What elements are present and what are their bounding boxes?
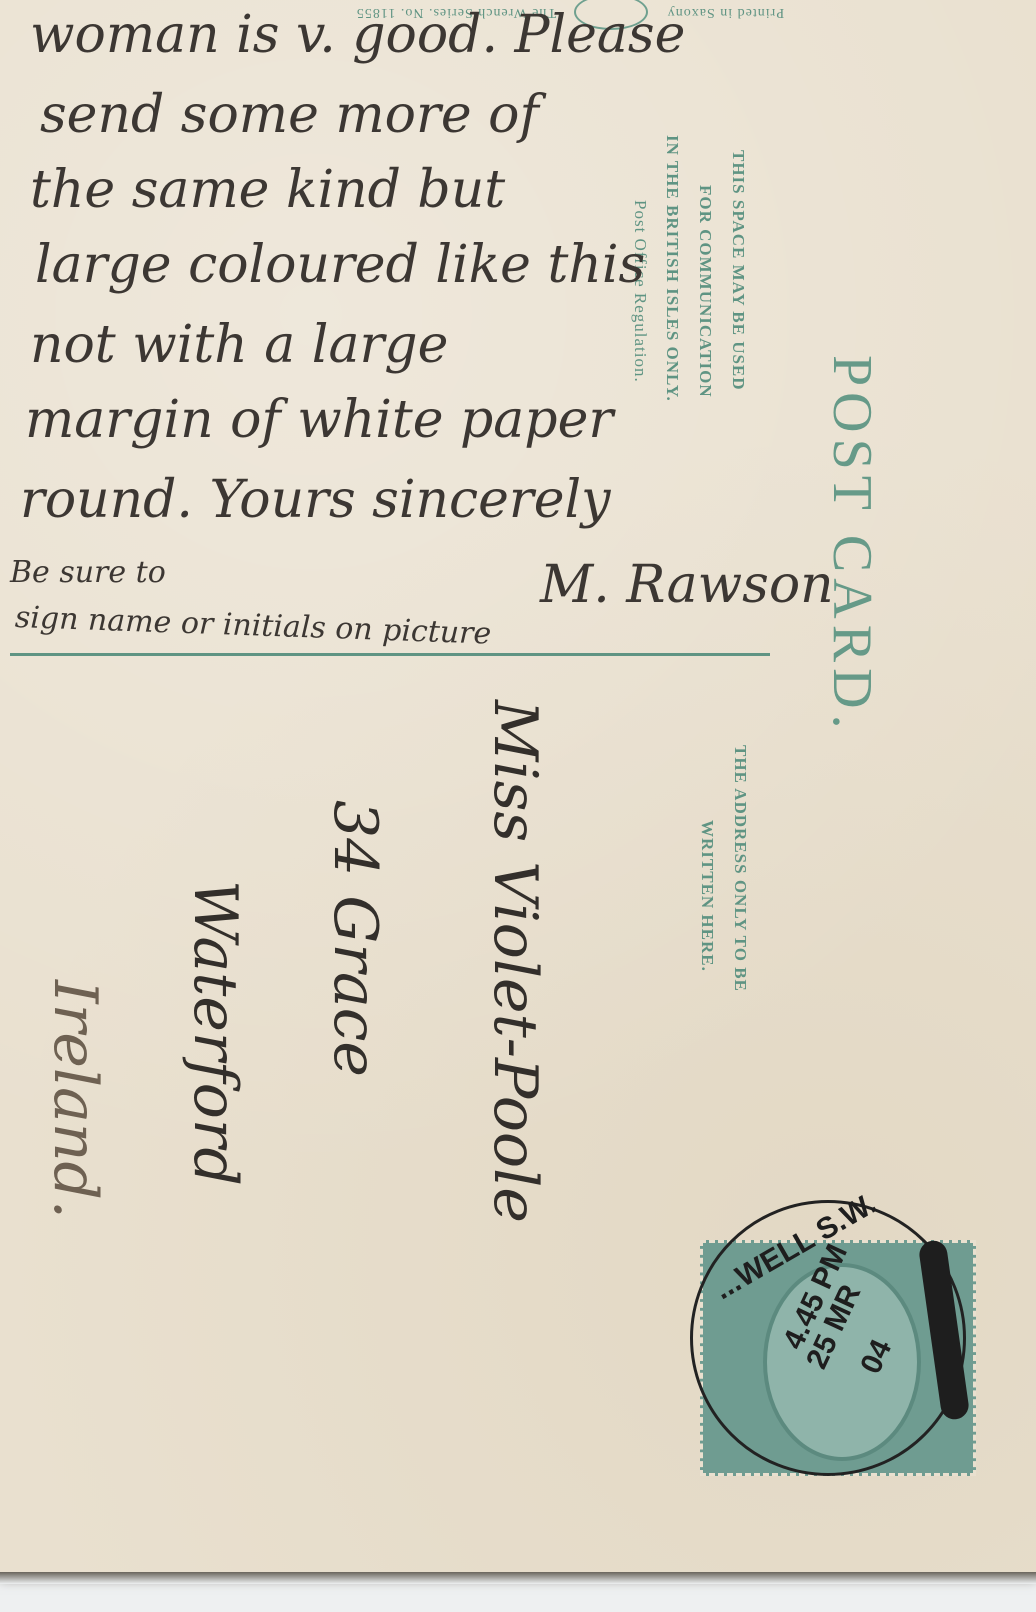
message-line-7: round. Yours sincerely [20,470,611,530]
address-line-1: Miss Violet-Poole [480,700,550,1223]
card-shadow [0,1572,1036,1584]
message-line-2: send some more of [40,85,539,145]
address-line-2: 34 Grace [320,800,390,1077]
message-line-6: margin of white paper [25,390,613,450]
postscript-line-2: sign name or initials on picture [14,600,491,652]
message-line-4: large coloured like this [35,235,645,295]
address-notice-2: WRITTEN HERE. [697,820,717,972]
communication-notice-1: THIS SPACE MAY BE USED [728,150,748,391]
postcard-title: POST CARD. [820,355,884,735]
signature: M. Rawson [540,555,834,615]
postscript-line-1: Be sure to [10,555,166,590]
divider-line [10,653,770,656]
message-line-1: woman is v. good. Please [30,5,685,65]
communication-notice-2: FOR COMMUNICATION [695,185,715,398]
address-notice-1: THE ADDRESS ONLY TO BE [730,745,750,992]
communication-notice-3: IN THE BRITISH ISLES ONLY. [662,135,682,402]
message-line-3: the same kind but [30,160,505,220]
address-line-4: Ireland. [40,980,110,1219]
message-line-5: not with a large [30,315,448,375]
postcard: Printed in Saxony The Wrench Series. No.… [0,0,1036,1572]
address-line-3: Waterford [180,880,250,1186]
